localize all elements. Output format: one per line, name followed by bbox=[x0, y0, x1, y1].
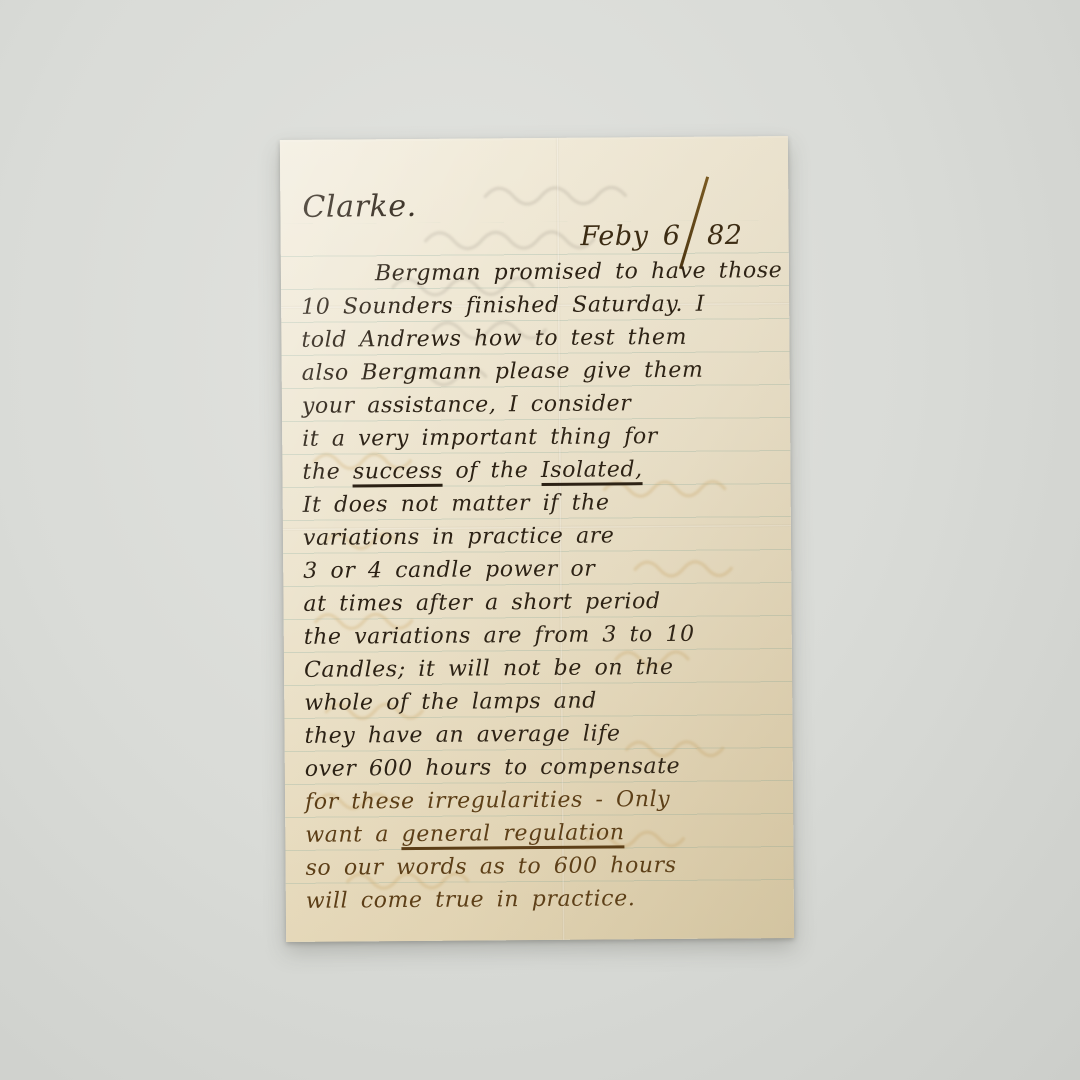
letter-line: over 600 hours to compensate bbox=[305, 749, 779, 786]
letter-line: at times after a short period bbox=[303, 584, 777, 621]
letter-text: it a very important thing for bbox=[302, 424, 658, 452]
letter-text: 3 or 4 candle power or bbox=[303, 557, 595, 584]
salutation: Clarke. bbox=[302, 189, 417, 225]
underlined-phrase: general regulation bbox=[401, 820, 624, 850]
letter-paper: Clarke. Feby 682 Bergman promised to hav… bbox=[280, 136, 794, 942]
letter-text: will come true in practice. bbox=[306, 886, 636, 914]
letter-line: whole of the lamps and bbox=[304, 683, 778, 720]
letter-body: Bergman promised to have those10 Sounder… bbox=[301, 254, 780, 918]
letter-text: also Bergmann please give them bbox=[302, 358, 704, 386]
underlined-phrase: success bbox=[353, 459, 443, 488]
underlined-phrase: Isolated, bbox=[541, 457, 643, 486]
letter-line: the variations are from 3 to 10 bbox=[304, 617, 778, 654]
letter-line: it a very important thing for bbox=[302, 419, 776, 456]
letter-line: also Bergmann please give them bbox=[302, 353, 776, 390]
letter-text: they have an average life bbox=[304, 721, 620, 748]
letter-line: 3 or 4 candle power or bbox=[303, 551, 777, 588]
letter-line: the success of the Isolated, bbox=[302, 452, 776, 489]
date-year: 82 bbox=[707, 220, 743, 251]
letter-text: 10 Sounders finished Saturday. I bbox=[301, 292, 705, 320]
date-month-day: Feby 6 bbox=[580, 220, 680, 252]
letter-line: want a general regulation bbox=[305, 815, 779, 852]
letter-line: told Andrews how to test them bbox=[301, 320, 775, 357]
letter-text: whole of the lamps and bbox=[304, 689, 597, 716]
letter-text: over 600 hours to compensate bbox=[305, 754, 681, 782]
letter-text: your assistance, I consider bbox=[302, 391, 632, 419]
letter-text: the variations are from 3 to 10 bbox=[304, 622, 695, 650]
letter-line: It does not matter if the bbox=[303, 485, 777, 522]
letter-text: It does not matter if the bbox=[303, 490, 610, 517]
letter-line: Candles; it will not be on the bbox=[304, 650, 778, 687]
letter-text: told Andrews how to test them bbox=[301, 325, 687, 353]
letter-line: your assistance, I consider bbox=[302, 386, 776, 423]
letter-text: the bbox=[302, 459, 353, 484]
letter-line: for these irregularities - Only bbox=[305, 782, 779, 819]
letter-header: Clarke. Feby 682 bbox=[302, 180, 771, 250]
letter-text: Candles; it will not be on the bbox=[304, 655, 674, 683]
letter-line: 10 Sounders finished Saturday. I bbox=[301, 287, 775, 324]
letter-line: will come true in practice. bbox=[306, 881, 780, 918]
letter-line: Bergman promised to have those bbox=[301, 254, 775, 291]
letter-text: variations in practice are bbox=[303, 523, 615, 550]
letter-line: variations in practice are bbox=[303, 518, 777, 555]
letter-text: Bergman promised to have those bbox=[375, 258, 783, 286]
letter-text: of the bbox=[443, 458, 541, 484]
letter-text: for these irregularities - Only bbox=[305, 787, 670, 815]
photo-background: Clarke. Feby 682 Bergman promised to hav… bbox=[0, 0, 1080, 1080]
letter-line: they have an average life bbox=[304, 716, 778, 753]
letter-text: at times after a short period bbox=[303, 589, 660, 617]
letter-text: so our words as to 600 hours bbox=[305, 853, 676, 881]
letter-line: so our words as to 600 hours bbox=[305, 848, 779, 885]
letter-text: want a bbox=[305, 822, 401, 848]
